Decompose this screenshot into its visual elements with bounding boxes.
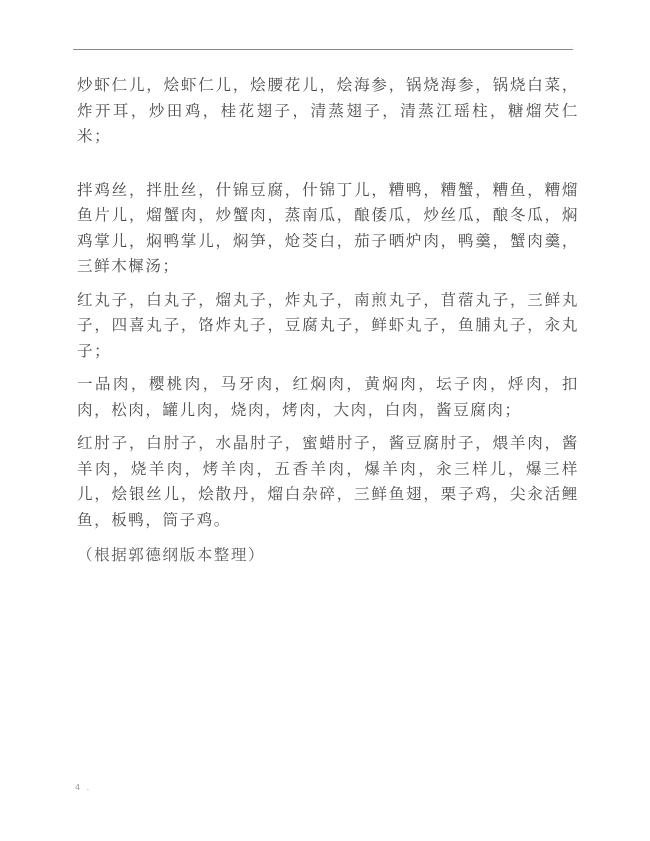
paragraph-2: 拌鸡丝，拌肚丝，什锦豆腐，什锦丁儿，糟鸭，糟蟹，糟鱼，糟熘鱼片儿，熘蟹肉，炒蟹肉… (77, 178, 579, 280)
paragraph-4: 一品肉，樱桃肉，马牙肉，红焖肉，黄焖肉，坛子肉，烀肉，扣肉，松肉，罐儿肉，烧肉，… (77, 372, 579, 423)
source-note: （根据郭德纲版本整理） (77, 543, 579, 569)
paragraph-3: 红丸子，白丸子，熘丸子，炸丸子，南煎丸子，苜蓿丸子，三鲜丸子，四喜丸子，饹炸丸子… (77, 288, 579, 365)
page-number: 4 . (75, 783, 91, 792)
document-page: · 炒虾仁儿，烩虾仁儿，烩腰花儿，烩海参，锅烧海参，锅烧白菜，炸开耳，炒田鸡，桂… (0, 0, 650, 841)
header-divider (73, 49, 573, 50)
paragraph-5: 红肘子，白肘子，水晶肘子，蜜蜡肘子，酱豆腐肘子，煨羊肉，酱羊肉，烧羊肉，烤羊肉，… (77, 431, 579, 533)
document-body: 炒虾仁儿，烩虾仁儿，烩腰花儿，烩海参，锅烧海参，锅烧白菜，炸开耳，炒田鸡，桂花翅… (77, 73, 579, 569)
paragraph-1: 炒虾仁儿，烩虾仁儿，烩腰花儿，烩海参，锅烧海参，锅烧白菜，炸开耳，炒田鸡，桂花翅… (77, 73, 579, 150)
header-mark: · (571, 44, 573, 51)
